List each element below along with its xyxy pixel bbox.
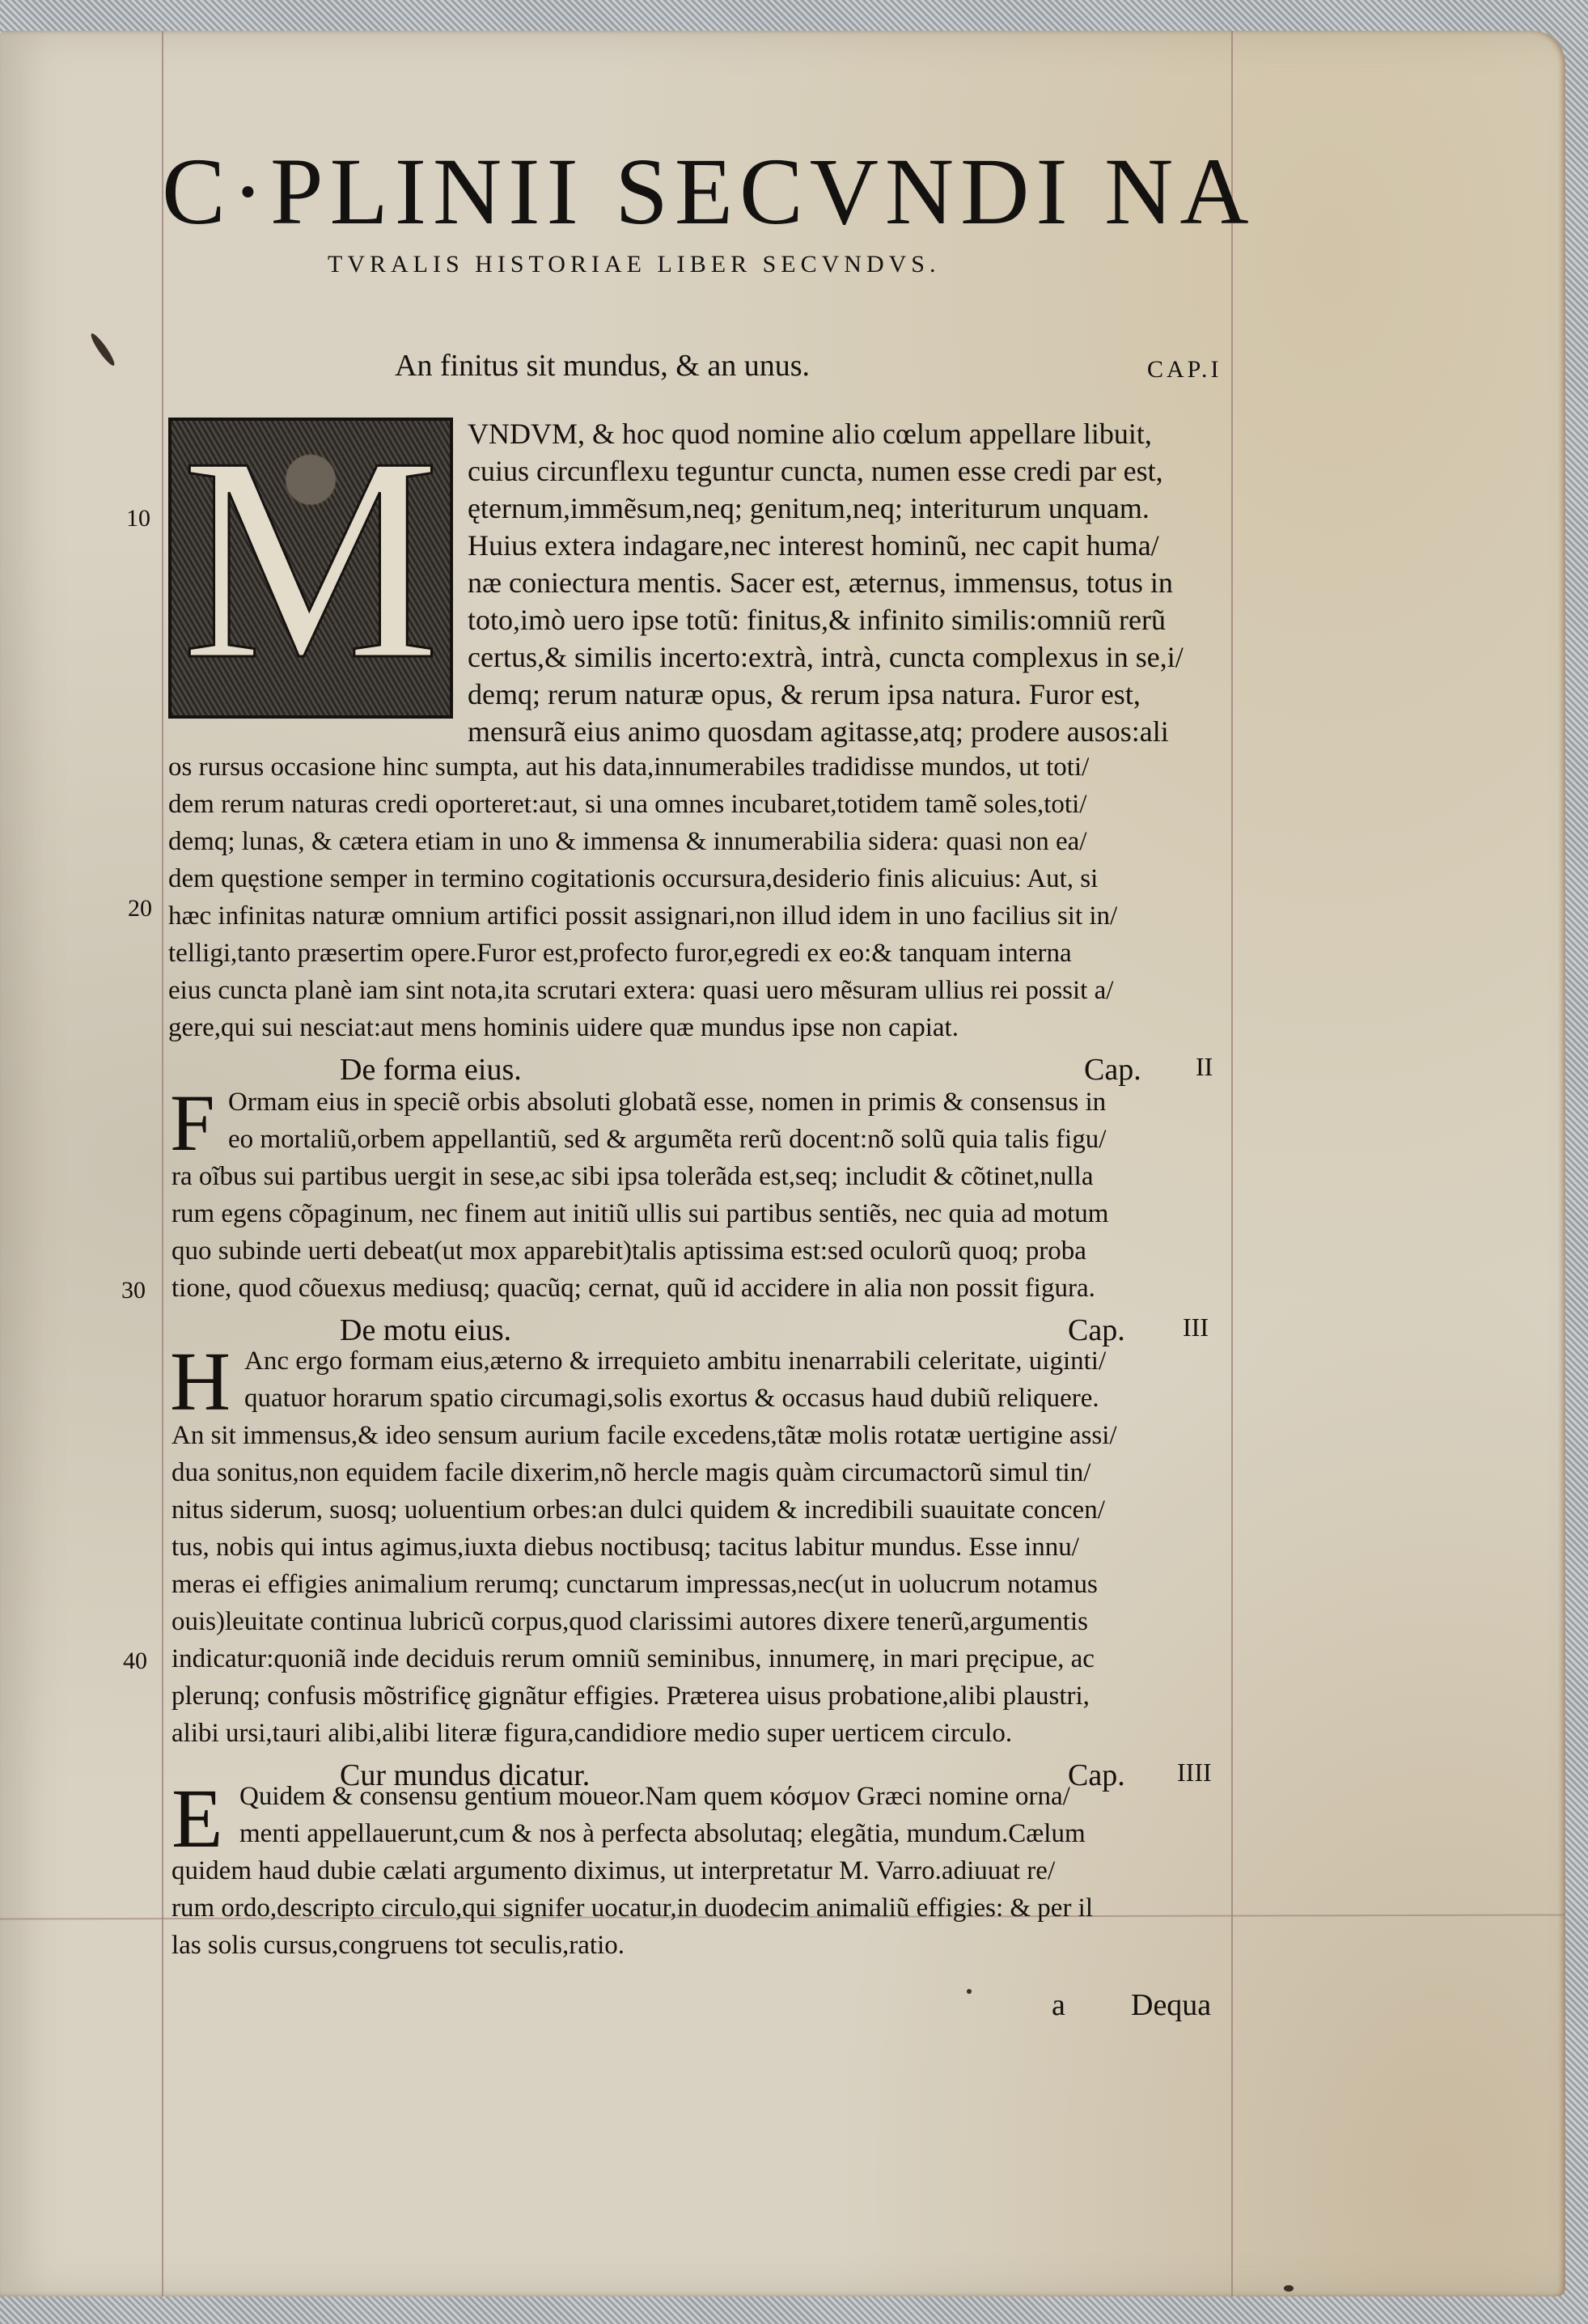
chapter-3-heading: De motu eius. [340,1313,511,1348]
book-page: C·PLINII SECVNDI NA TVRALIS HISTORIAE LI… [0,31,1565,2296]
text-line: Quidem & consensu gentium moueor.Nam que… [239,1783,1070,1810]
text-line: menti appellauerunt,cum & nos à perfecta… [239,1821,1086,1847]
margin-line-number: 20 [128,895,152,922]
text-line: eius cuncta planè iam sint nota,ita scru… [168,978,1113,1004]
left-margin-rule [162,31,163,2296]
text-line: dem rerum naturas credi oporteret:aut, s… [168,791,1086,818]
margin-line-number: 30 [121,1277,146,1304]
text-line: ra oĩbus sui partibus uergit in sese,ac … [172,1164,1093,1190]
text-line: cuius circunflexu teguntur cuncta, numen… [468,456,1163,486]
chapter-4-cap-label: Cap. [1068,1758,1125,1793]
ink-smudge [88,331,117,367]
text-line: Anc ergo formam eius,æterno & irrequieto… [244,1348,1106,1375]
text-line: An sit immensus,& ideo sensum aurium fac… [172,1423,1117,1449]
chapter-2-heading: De forma eius. [340,1052,522,1088]
text-line: alibi ursi,tauri alibi,alibi literæ figu… [172,1720,1012,1747]
text-line: næ coniectura mentis. Sacer est, æternus… [468,568,1173,597]
chapter-4-initial: E [172,1777,223,1861]
drop-cap-letter: M [172,418,450,704]
text-line: rum egens cõpaginum, nec finem aut initi… [172,1201,1108,1228]
text-line: demq; lunas, & cætera etiam in uno & imm… [168,829,1086,855]
chapter-4-cap-number: IIII [1177,1758,1212,1788]
right-margin-rule [1231,31,1233,2296]
chapter-1-cap-label: CAP.I [1147,356,1222,384]
chapter-3-initial: H [170,1340,231,1424]
ink-dot [967,1989,972,1994]
text-line: eo mortaliũ,orbem appellantiũ, sed & arg… [228,1126,1106,1153]
text-line: meras ei effigies animalium rerumq; cunc… [172,1571,1098,1598]
chapter-1-heading: An finitus sit mundus, & an unus. [395,348,810,384]
text-line: quidem haud dubie cælati argumento dixim… [172,1858,1055,1885]
text-line: ouis)leuitate continua lubricũ corpus,qu… [172,1609,1088,1635]
text-line: quatuor horarum spatio circumagi,solis e… [244,1385,1099,1412]
text-line: Ormam eius in speciẽ orbis absoluti glob… [228,1089,1106,1116]
margin-line-number: 40 [123,1648,147,1675]
text-line: dem quęstione semper in termino cogitati… [168,866,1098,893]
text-line: hæc infinitas naturæ omnium artifici pos… [168,903,1117,930]
chapter-3-cap-number: III [1183,1313,1209,1342]
text-line: dua sonitus,non equidem facile dixerim,n… [172,1460,1090,1486]
text-line: las solis cursus,congruens tot seculis,r… [172,1932,625,1959]
text-line: mensurã eius animo quosdam agitasse,atq;… [468,717,1169,746]
running-subtitle: TVRALIS HISTORIAE LIBER SECVNDVS. [328,251,940,278]
text-line: tus, nobis qui intus agimus,iuxta diebus… [172,1534,1079,1561]
text-line: gere,qui sui nesciat:aut mens hominis ui… [168,1015,959,1041]
signature-mark: a [1052,1987,1065,2023]
text-line: demq; rerum naturæ opus, & rerum ipsa na… [468,680,1141,709]
text-line: quo subinde uerti debeat(ut mox apparebi… [172,1238,1086,1265]
chapter-2-initial: F [170,1083,215,1164]
text-line: plerunq; confusis mõstrificę gignãtur ef… [172,1683,1090,1710]
text-line: Huius extera indagare,nec interest homin… [468,531,1159,560]
text-line: tione, quod cõuexus mediusq; quacũq; cer… [172,1275,1095,1302]
text-line: ęternum,immẽsum,neq; genitum,neq; interi… [468,494,1150,523]
text-line: os rursus occasione hinc sumpta, aut his… [168,754,1089,781]
chapter-2-cap-label: Cap. [1084,1052,1141,1088]
woodcut-drop-cap-m: M [168,418,453,719]
text-line: toto,imò uero ipse totũ: finitus,& infin… [468,605,1166,634]
chapter-2-cap-number: II [1196,1052,1213,1082]
text-line: VNDVM, & hoc quod nomine alio cœlum appe… [468,419,1152,448]
text-line: certus,& similis incerto:extrà, intrà, c… [468,642,1184,672]
running-title: C·PLINII SECVNDI NA [162,144,1230,240]
chapter-3-cap-label: Cap. [1068,1313,1125,1348]
text-line: indicatur:quoniã inde deciduis rerum omn… [172,1646,1095,1673]
text-line: nitus siderum, suosq; uoluentium orbes:a… [172,1497,1105,1524]
text-line: telligi,tanto præsertim opere.Furor est,… [168,940,1072,967]
text-line: rum ordo,descripto circulo,qui signifer … [172,1895,1093,1922]
ink-dot [1284,2285,1294,2292]
catchword: Dequa [1131,1987,1211,2023]
margin-line-number: 10 [126,505,150,532]
